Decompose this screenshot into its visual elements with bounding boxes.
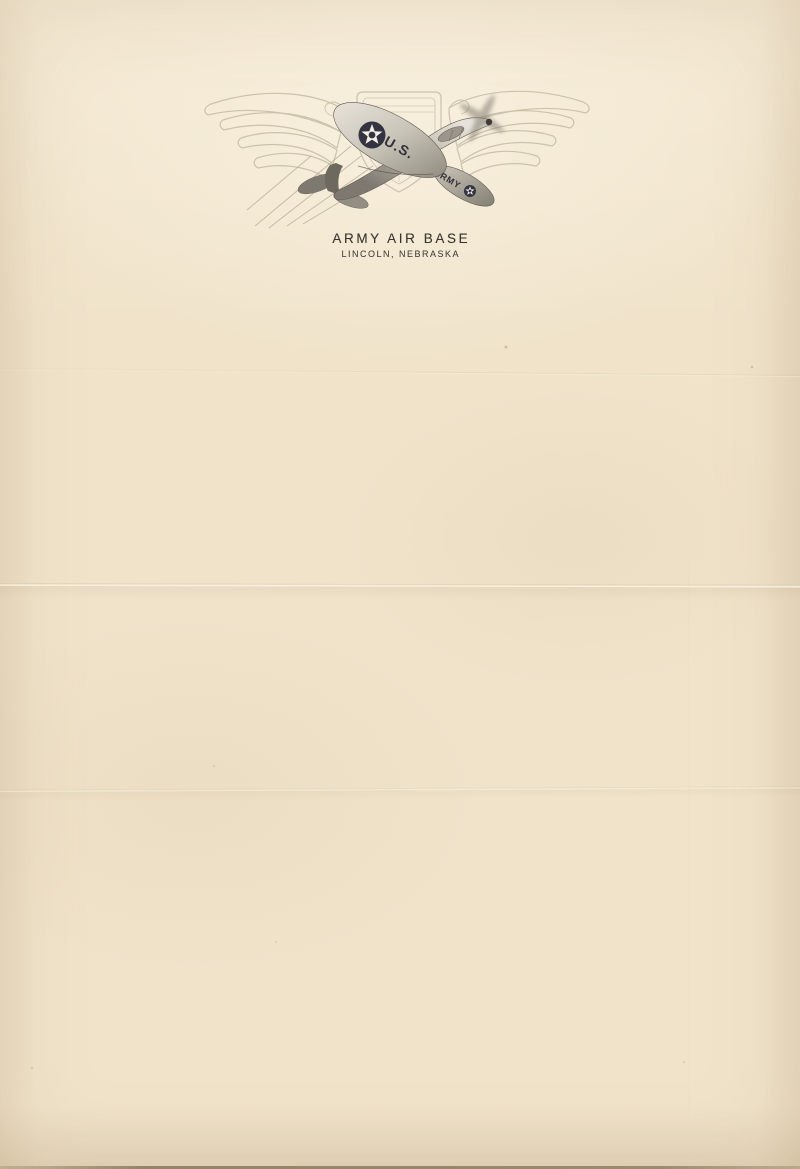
fold-crease-upper [0, 367, 800, 377]
letterhead-paper: ARMY [0, 0, 800, 1169]
star-insignia-icon [359, 122, 386, 149]
letterhead-location: LINCOLN, NEBRASKA [0, 249, 800, 259]
airplane-icon: ARMY [296, 88, 507, 214]
propeller-spinner [486, 119, 492, 125]
small-star-insignia-icon [464, 185, 476, 197]
army-air-base-illustration: ARMY [193, 78, 603, 230]
letterhead-title: ARMY AIR BASE [0, 231, 800, 246]
fold-crease-vertical [688, 560, 690, 1163]
fold-crease-lower [0, 786, 800, 793]
emblem-left-wing [205, 93, 345, 180]
fold-crease-middle [0, 583, 800, 589]
letterhead-artwork: ARMY [193, 78, 603, 230]
